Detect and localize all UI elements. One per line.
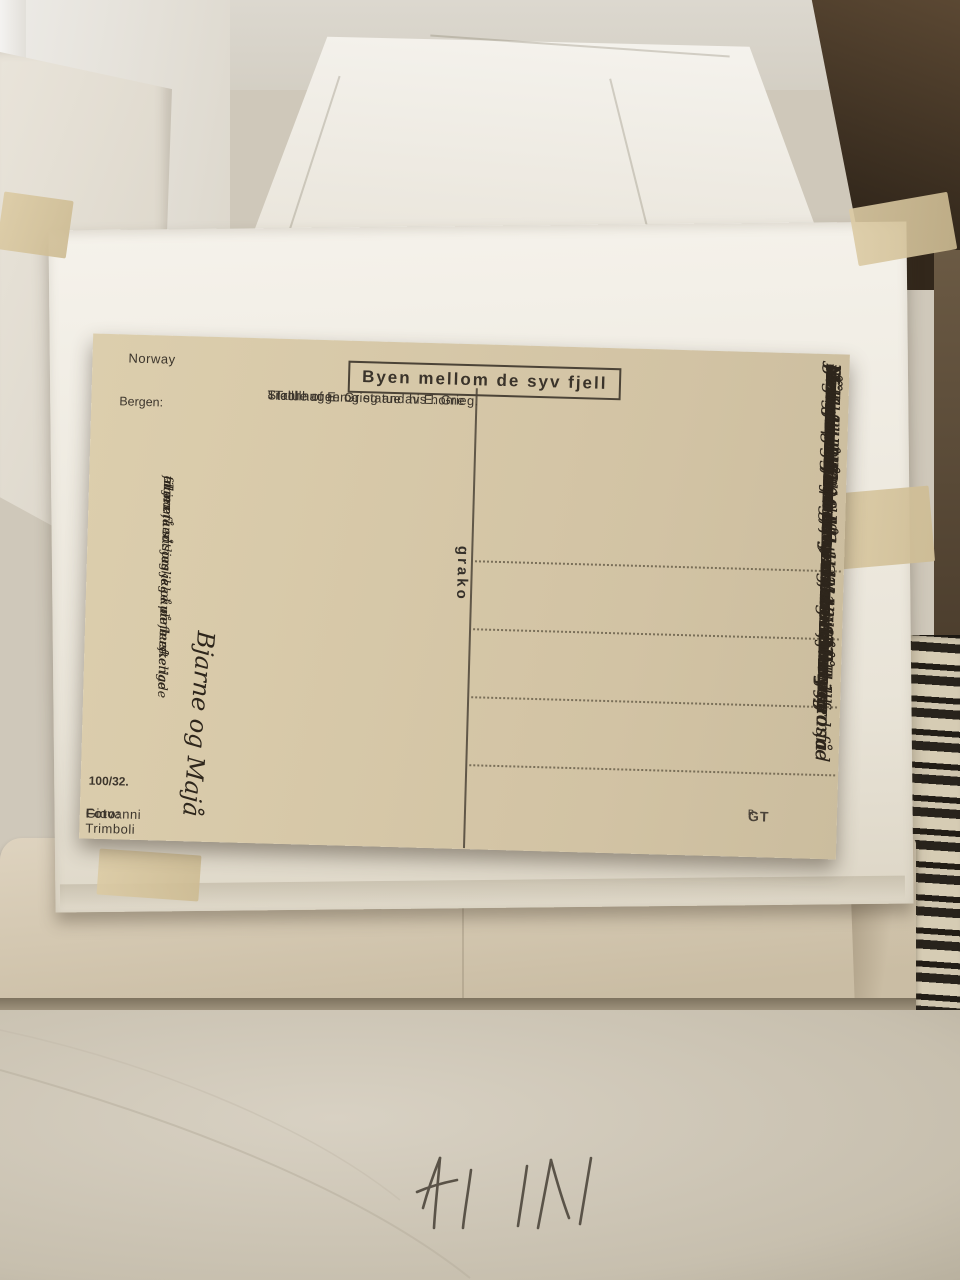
tape-strip — [0, 191, 74, 258]
handwritten-message: Der sker såvsmuld i udhuset i gangen til… — [176, 346, 850, 859]
paper-box — [0, 1010, 960, 1280]
tape-strip — [97, 848, 202, 901]
handwritten-edge-note: ellers fandt jeg ikke på flere frimærker… — [86, 474, 179, 728]
postcard-country-label: Norway — [128, 351, 175, 367]
photo-scene: Norway Bergen: Trollhaugen og statue av … — [0, 0, 960, 1280]
edge-line: til jer. — [157, 475, 179, 512]
photo-credit-name: Giovanni Trimboli — [85, 806, 141, 838]
floor-edge — [934, 250, 960, 670]
handwriting-line: Mange hilsener fra — [810, 364, 850, 549]
pencil-scribble — [405, 1138, 615, 1258]
postcard: Norway Bergen: Trollhaugen og statue av … — [79, 334, 850, 860]
postcard-series-number: 100/32. — [89, 774, 129, 789]
postcard-city-label: Bergen: — [119, 394, 163, 409]
